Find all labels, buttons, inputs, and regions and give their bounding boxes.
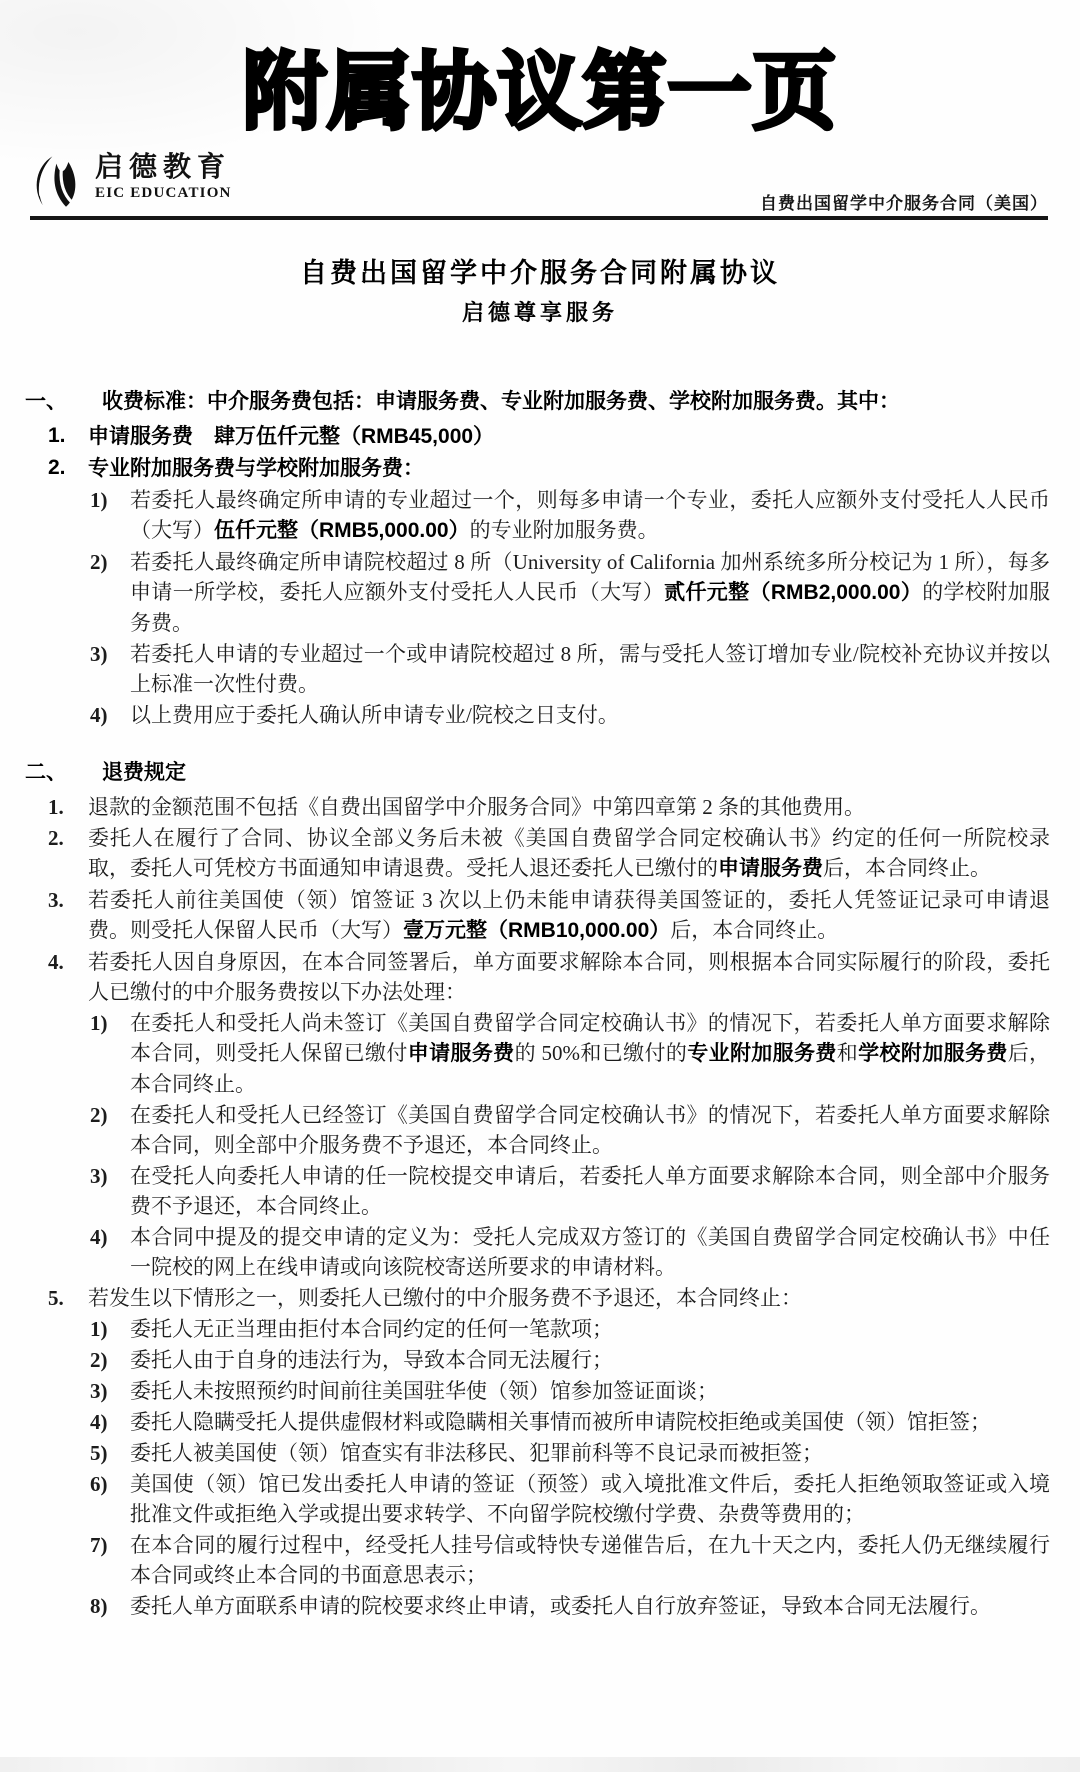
- contract-item: 4)委托人隐瞒受托人提供虚假材料或隐瞒相关事情而被所申请院校拒绝或美国使（领）馆…: [0, 1407, 1050, 1437]
- body-text: 委托人单方面联系申请的院校要求终止申请，或委托人自行放弃签证，导致本合同无法履行…: [130, 1594, 991, 1618]
- item-number: 4.: [48, 947, 88, 1007]
- item-number: 1.: [48, 421, 88, 452]
- item-text: 在委托人和受托人已经签订《美国自费留学合同定校确认书》的情况下，若委托人单方面要…: [130, 1100, 1050, 1160]
- item-number: 5): [90, 1438, 130, 1468]
- body-text: 后，本合同终止。: [670, 918, 838, 942]
- item-text: 本合同中提及的提交申请的定义为：受托人完成双方签订的《美国自费留学合同定校确认书…: [130, 1222, 1050, 1282]
- contract-item: 3.若委托人前往美国使（领）馆签证 3 次以上仍未能申请获得美国签证的，委托人凭…: [0, 885, 1050, 946]
- document-header: 启德教育 EIC EDUCATION 自费出国留学中介服务合同（美国）: [30, 142, 1050, 216]
- emphasis-text: 申请服务费: [718, 857, 823, 880]
- emphasis-text: 专业附加服务费: [687, 1042, 837, 1065]
- item-text: 若委托人前往美国使（领）馆签证 3 次以上仍未能申请获得美国签证的，委托人凭签证…: [88, 885, 1050, 946]
- body-text: 在本合同的履行过程中，经受托人挂号信或特快专递催告后，在九十天之内，委托人仍无继…: [130, 1533, 1050, 1587]
- section-title: 退费规定: [102, 758, 1050, 788]
- item-number: 4): [90, 700, 130, 730]
- contract-item: 6)美国使（领）馆已发出委托人申请的签证（预签）或入境批准文件后，委托人拒绝领取…: [0, 1469, 1050, 1529]
- contract-item: 4)以上费用应于委托人确认所申请专业/院校之日支付。: [0, 700, 1050, 730]
- body-text: 若委托人因自身原因，在本合同签署后，单方面要求解除本合同，则根据本合同实际履行的…: [88, 950, 1050, 1004]
- body-text: 委托人隐瞒受托人提供虚假材料或隐瞒相关事情而被所申请院校拒绝或美国使（领）馆拒签…: [130, 1410, 991, 1434]
- item-number: 2): [90, 547, 130, 638]
- contract-item: 3)委托人未按照预约时间前往美国驻华使（领）馆参加签证面谈；: [0, 1376, 1050, 1406]
- item-text: 若委托人因自身原因，在本合同签署后，单方面要求解除本合同，则根据本合同实际履行的…: [88, 947, 1050, 1007]
- item-text: 以上费用应于委托人确认所申请专业/院校之日支付。: [130, 700, 1050, 730]
- item-number: 8): [90, 1591, 130, 1621]
- section-title: 收费标准：中介服务费包括：申请服务费、专业附加服务费、学校附加服务费。其中：: [102, 387, 1050, 417]
- contract-item: 5.若发生以下情形之一，则委托人已缴付的中介服务费不予退还，本合同终止：: [0, 1283, 1050, 1313]
- contract-item: 7)在本合同的履行过程中，经受托人挂号信或特快专递催告后，在九十天之内，委托人仍…: [0, 1530, 1050, 1590]
- contract-item: 3)在受托人向委托人申请的任一院校提交申请后，若委托人单方面要求解除本合同，则全…: [0, 1161, 1050, 1221]
- item-text: 若委托人申请的专业超过一个或申请院校超过 8 所，需与受托人签订增加专业/院校补…: [130, 639, 1050, 699]
- item-text: 专业附加服务费与学校附加服务费：: [88, 453, 1050, 484]
- item-text: 退款的金额范围不包括《自费出国留学中介服务合同》中第四章第 2 条的其他费用。: [88, 792, 1050, 822]
- document-subtitle: 启德尊享服务: [0, 301, 1080, 325]
- item-number: 1.: [48, 792, 88, 822]
- emphasis-text: 贰仟元整（RMB2,000.00）: [664, 581, 922, 604]
- item-number: 2.: [48, 823, 88, 884]
- item-number: 3): [90, 639, 130, 699]
- item-text: 若委托人最终确定所申请院校超过 8 所（University of Califo…: [130, 547, 1050, 638]
- emphasis-text: 申请服务费: [408, 1042, 515, 1065]
- item-number: 1): [90, 1314, 130, 1344]
- body-text: 本合同中提及的提交申请的定义为：受托人完成双方签订的《美国自费留学合同定校确认书…: [130, 1225, 1050, 1279]
- emphasis-text: 退费规定: [102, 761, 186, 784]
- item-text: 在本合同的履行过程中，经受托人挂号信或特快专递催告后，在九十天之内，委托人仍无继…: [130, 1530, 1050, 1590]
- item-number: 3): [90, 1161, 130, 1221]
- document-title: 自费出国留学中介服务合同附属协议: [0, 258, 1080, 288]
- item-number: 1): [90, 485, 130, 546]
- contract-item: 1.申请服务费 肆万伍仟元整（RMB45,000）: [0, 421, 1050, 452]
- body-text: 的专业附加服务费。: [470, 518, 659, 542]
- body-text: 委托人被美国使（领）馆查实有非法移民、犯罪前科等不良记录而被拒签；: [130, 1441, 823, 1465]
- item-text: 委托人被美国使（领）馆查实有非法移民、犯罪前科等不良记录而被拒签；: [130, 1438, 1050, 1468]
- item-number: 1): [90, 1008, 130, 1099]
- item-text: 在委托人和受托人尚未签订《美国自费留学合同定校确认书》的情况下，若委托人单方面要…: [130, 1008, 1050, 1099]
- body-text: 委托人未按照预约时间前往美国驻华使（领）馆参加签证面谈；: [130, 1379, 718, 1403]
- item-text: 委托人未按照预约时间前往美国驻华使（领）馆参加签证面谈；: [130, 1376, 1050, 1406]
- item-text: 美国使（领）馆已发出委托人申请的签证（预签）或入境批准文件后，委托人拒绝领取签证…: [130, 1469, 1050, 1529]
- body-text: 在委托人和受托人已经签订《美国自费留学合同定校确认书》的情况下，若委托人单方面要…: [130, 1103, 1050, 1157]
- item-number: 3.: [48, 885, 88, 946]
- item-text: 申请服务费 肆万伍仟元整（RMB45,000）: [88, 421, 1050, 452]
- item-text: 若发生以下情形之一，则委托人已缴付的中介服务费不予退还，本合同终止：: [88, 1283, 1050, 1313]
- contract-item: 8)委托人单方面联系申请的院校要求终止申请，或委托人自行放弃签证，导致本合同无法…: [0, 1591, 1050, 1621]
- item-number: 5.: [48, 1283, 88, 1313]
- section-number: 一、: [25, 387, 102, 417]
- item-number: 2.: [48, 453, 88, 484]
- body-text: 美国使（领）馆已发出委托人申请的签证（预签）或入境批准文件后，委托人拒绝领取签证…: [130, 1472, 1050, 1526]
- item-text: 委托人由于自身的违法行为，导致本合同无法履行；: [130, 1345, 1050, 1375]
- item-text: 委托人在履行了合同、协议全部义务后未被《美国自费留学合同定校确认书》约定的任何一…: [88, 823, 1050, 884]
- item-number: 2): [90, 1345, 130, 1375]
- item-number: 2): [90, 1100, 130, 1160]
- contract-body: 一、收费标准：中介服务费包括：申请服务费、专业附加服务费、学校附加服务费。其中：…: [0, 387, 1050, 1621]
- page-stamp-title: 附属协议第一页: [20, 42, 1060, 142]
- item-number: 4): [90, 1407, 130, 1437]
- item-text: 在受托人向委托人申请的任一院校提交申请后，若委托人单方面要求解除本合同，则全部中…: [130, 1161, 1050, 1221]
- contract-item: 1.退款的金额范围不包括《自费出国留学中介服务合同》中第四章第 2 条的其他费用…: [0, 792, 1050, 822]
- body-text: 后，本合同终止。: [823, 856, 991, 880]
- body-text: 退款的金额范围不包括《自费出国留学中介服务合同》中第四章第 2 条的其他费用。: [88, 795, 865, 819]
- section-number: 二、: [25, 758, 102, 788]
- contract-item: 1)委托人无正当理由拒付本合同约定的任何一笔款项；: [0, 1314, 1050, 1344]
- contract-item: 1)若委托人最终确定所申请的专业超过一个，则每多申请一个专业，委托人应额外支付受…: [0, 485, 1050, 546]
- emphasis-text: 收费标准：中介服务费包括：申请服务费、专业附加服务费、学校附加服务费。其中：: [102, 390, 900, 413]
- section-heading: 二、退费规定: [0, 758, 1050, 788]
- contract-item: 4.若委托人因自身原因，在本合同签署后，单方面要求解除本合同，则根据本合同实际履…: [0, 947, 1050, 1007]
- emphasis-text: 壹万元整（RMB10,000.00）: [403, 919, 670, 942]
- brand-name-en: EIC EDUCATION: [95, 184, 232, 202]
- eic-logo: 启德教育 EIC EDUCATION: [25, 152, 232, 210]
- section-heading: 一、收费标准：中介服务费包括：申请服务费、专业附加服务费、学校附加服务费。其中：: [0, 387, 1050, 417]
- item-number: 3): [90, 1376, 130, 1406]
- item-number: 7): [90, 1530, 130, 1590]
- brand-name-cn: 启德教育: [95, 152, 232, 182]
- item-text: 若委托人最终确定所申请的专业超过一个，则每多申请一个专业，委托人应额外支付受托人…: [130, 485, 1050, 546]
- contract-item: 2.专业附加服务费与学校附加服务费：: [0, 453, 1050, 484]
- body-text: 和: [837, 1041, 858, 1065]
- body-text: 委托人由于自身的违法行为，导致本合同无法履行；: [130, 1348, 613, 1372]
- body-text: 以上费用应于委托人确认所申请专业/院校之日支付。: [130, 703, 619, 727]
- body-text: 在受托人向委托人申请的任一院校提交申请后，若委托人单方面要求解除本合同，则全部中…: [130, 1164, 1050, 1218]
- emphasis-text: 申请服务费 肆万伍仟元整（RMB45,000）: [88, 425, 494, 448]
- contract-type-label: 自费出国留学中介服务合同（美国）: [760, 189, 1048, 214]
- contract-item: 2)在委托人和受托人已经签订《美国自费留学合同定校确认书》的情况下，若委托人单方…: [0, 1100, 1050, 1160]
- body-text: 若发生以下情形之一，则委托人已缴付的中介服务费不予退还，本合同终止：: [88, 1286, 802, 1310]
- header-divider: [30, 216, 1048, 220]
- brand-text: 启德教育 EIC EDUCATION: [95, 152, 232, 202]
- contract-item: 2.委托人在履行了合同、协议全部义务后未被《美国自费留学合同定校确认书》约定的任…: [0, 823, 1050, 884]
- contract-item: 1)在委托人和受托人尚未签订《美国自费留学合同定校确认书》的情况下，若委托人单方…: [0, 1008, 1050, 1099]
- contract-item: 4)本合同中提及的提交申请的定义为：受托人完成双方签订的《美国自费留学合同定校确…: [0, 1222, 1050, 1282]
- contract-item: 5)委托人被美国使（领）馆查实有非法移民、犯罪前科等不良记录而被拒签；: [0, 1438, 1050, 1468]
- item-text: 委托人单方面联系申请的院校要求终止申请，或委托人自行放弃签证，导致本合同无法履行…: [130, 1591, 1050, 1621]
- item-text: 委托人无正当理由拒付本合同约定的任何一笔款项；: [130, 1314, 1050, 1344]
- document-page: 附属协议第一页 启德教育 EIC EDUCATION 自费出国留学中介服务合同（…: [0, 0, 1080, 1772]
- item-number: 4): [90, 1222, 130, 1282]
- item-number: 6): [90, 1469, 130, 1529]
- emphasis-text: 学校附加服务费: [858, 1042, 1008, 1065]
- contract-item: 3)若委托人申请的专业超过一个或申请院校超过 8 所，需与受托人签订增加专业/院…: [0, 639, 1050, 699]
- emphasis-text: 专业附加服务费与学校附加服务费：: [88, 457, 424, 480]
- body-text: 委托人无正当理由拒付本合同约定的任何一笔款项；: [130, 1317, 613, 1341]
- contract-item: 2)委托人由于自身的违法行为，导致本合同无法履行；: [0, 1345, 1050, 1375]
- body-text: 若委托人申请的专业超过一个或申请院校超过 8 所，需与受托人签订增加专业/院校补…: [130, 642, 1050, 696]
- item-text: 委托人隐瞒受托人提供虚假材料或隐瞒相关事情而被所申请院校拒绝或美国使（领）馆拒签…: [130, 1407, 1050, 1437]
- body-text: 的 50%和已缴付的: [515, 1041, 688, 1065]
- emphasis-text: 伍仟元整（RMB5,000.00）: [214, 519, 470, 542]
- scan-artifact-bottom: [0, 1757, 1080, 1772]
- eic-education-logo-icon: [25, 154, 83, 210]
- contract-item: 2)若委托人最终确定所申请院校超过 8 所（University of Cali…: [0, 547, 1050, 638]
